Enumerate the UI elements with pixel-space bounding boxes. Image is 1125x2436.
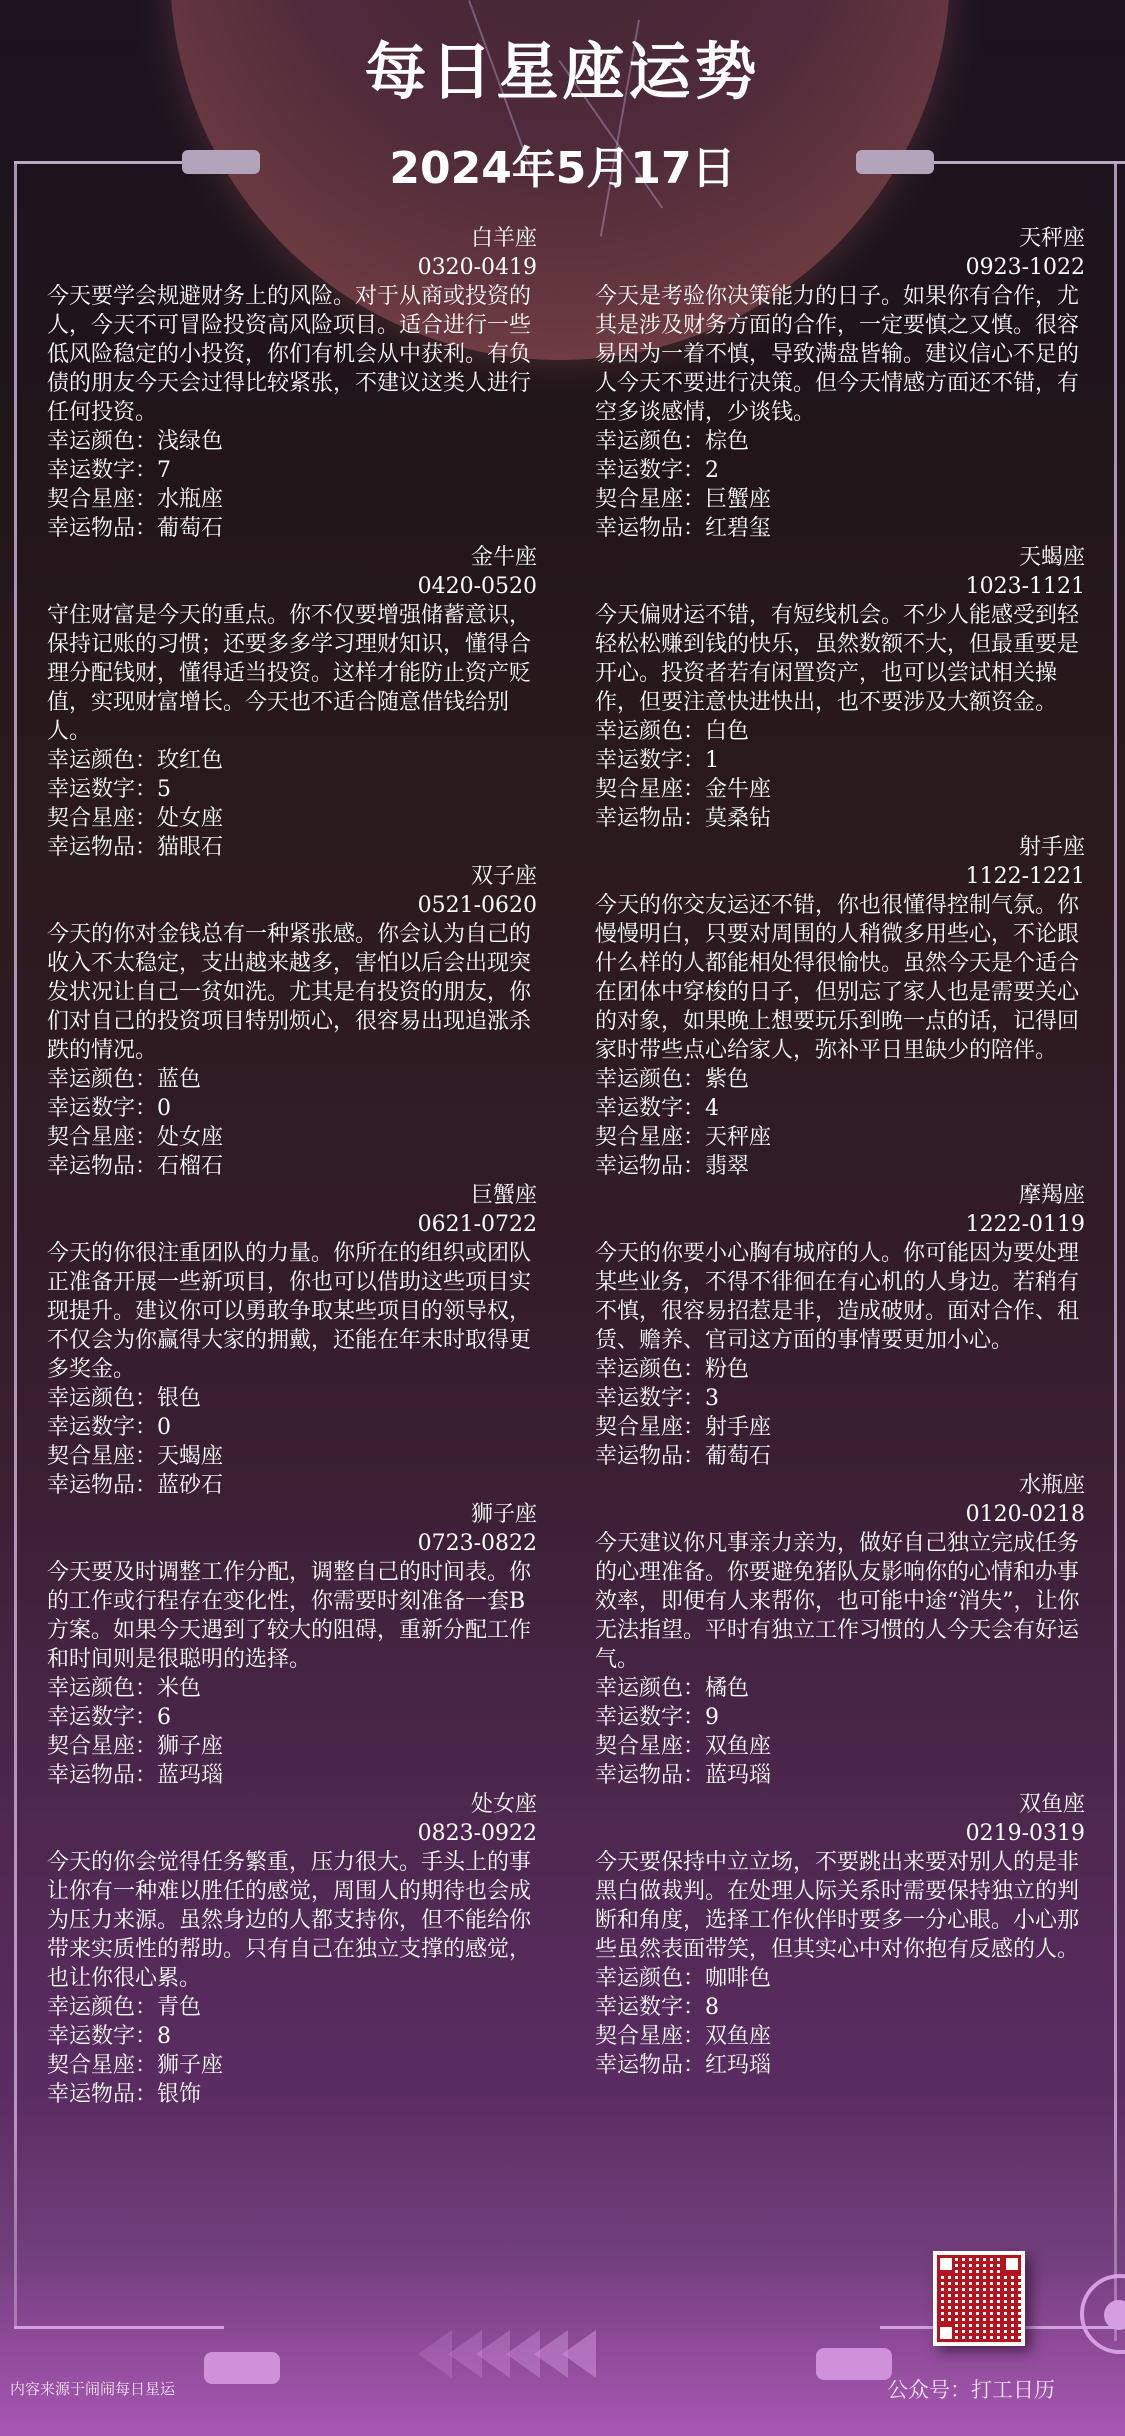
sign-name: 双子座 — [47, 862, 537, 891]
value: 紫色 — [705, 1067, 749, 1092]
lucky-number: 幸运数字：4 — [595, 1094, 1085, 1123]
sign-description: 今天建议你凡事亲力亲为，做好自己独立完成任务的心理准备。你要避免猪队友影响你的心… — [595, 1529, 1085, 1674]
label: 幸运物品： — [47, 1473, 157, 1498]
sign-date-range: 0621-0722 — [47, 1210, 537, 1239]
sign-name: 巨蟹座 — [47, 1181, 537, 1210]
triangle-left-icon — [418, 2330, 452, 2378]
lucky-item: 幸运物品：蓝砂石 — [47, 1471, 537, 1500]
sign-name: 水瓶座 — [595, 1471, 1085, 1500]
value: 水瓶座 — [157, 487, 223, 512]
page-date: 2024年5月17日 — [0, 132, 1125, 196]
lucky-color: 幸运颜色：银色 — [47, 1384, 537, 1413]
lucky-color: 幸运颜色：玫红色 — [47, 746, 537, 775]
lucky-number: 幸运数字：5 — [47, 775, 537, 804]
label: 幸运物品： — [47, 1763, 157, 1788]
lucky-number: 幸运数字：8 — [47, 2022, 537, 2051]
sign-cancer: 巨蟹座 0621-0722 今天的你很注重团队的力量。你所在的组织或团队正准备开… — [47, 1181, 537, 1500]
sign-name: 狮子座 — [47, 1500, 537, 1529]
sign-date-range: 0320-0419 — [47, 253, 537, 282]
qr-finder-icon — [937, 2324, 955, 2342]
sign-date-range: 0723-0822 — [47, 1529, 537, 1558]
sign-description: 今天偏财运不错，有短线机会。不少人能感受到轻轻松松赚到钱的快乐，虽然数额不大，但… — [595, 601, 1085, 717]
label: 幸运数字： — [47, 1705, 157, 1730]
value: 翡翠 — [705, 1154, 749, 1179]
value: 双鱼座 — [705, 1734, 771, 1759]
value: 猫眼石 — [157, 835, 223, 860]
sign-libra: 天秤座 0923-1022 今天是考验你决策能力的日子。如果你有合作，尤其是涉及… — [595, 224, 1085, 543]
sign-description: 今天的你要小心胸有城府的人。你可能因为要处理某些业务，不得不徘徊在有心机的人身边… — [595, 1239, 1085, 1355]
sign-name: 处女座 — [47, 1790, 537, 1819]
lucky-color: 幸运颜色：青色 — [47, 1993, 537, 2022]
qr-finder-icon — [937, 2255, 955, 2273]
lucky-item: 幸运物品：葡萄石 — [595, 1442, 1085, 1471]
label: 幸运颜色： — [47, 1386, 157, 1411]
lucky-number: 幸运数字：8 — [595, 1993, 1085, 2022]
label: 契合星座： — [47, 1734, 157, 1759]
sign-scorpio: 天蝎座 1023-1121 今天偏财运不错，有短线机会。不少人能感受到轻轻松松赚… — [595, 543, 1085, 833]
label: 幸运颜色： — [47, 748, 157, 773]
label: 幸运颜色： — [595, 1676, 705, 1701]
match-sign: 契合星座：狮子座 — [47, 1732, 537, 1761]
lucky-color: 幸运颜色：橘色 — [595, 1674, 1085, 1703]
label: 幸运物品： — [595, 2053, 705, 2078]
value: 射手座 — [705, 1415, 771, 1440]
match-sign: 契合星座：天秤座 — [595, 1123, 1085, 1152]
sign-description: 今天要学会规避财务上的风险。对于从商或投资的人，今天不可冒险投资高风险项目。适合… — [47, 282, 537, 427]
value: 青色 — [157, 1995, 201, 2020]
label: 幸运颜色： — [47, 1676, 157, 1701]
lucky-color: 幸运颜色：棕色 — [595, 427, 1085, 456]
label: 契合星座： — [47, 806, 157, 831]
label: 幸运数字： — [595, 1995, 705, 2020]
value: 处女座 — [157, 806, 223, 831]
value: 蓝色 — [157, 1067, 201, 1092]
sign-description: 今天的你交友运还不错，你也很懂得控制气氛。你慢慢明白，只要对周围的人稍微多用些心… — [595, 891, 1085, 1065]
value: 橘色 — [705, 1676, 749, 1701]
value: 7 — [157, 458, 171, 483]
label: 幸运颜色： — [47, 1067, 157, 1092]
sign-virgo: 处女座 0823-0922 今天的你会觉得任务繁重，压力很大。手头上的事让你有一… — [47, 1790, 537, 2109]
value: 葡萄石 — [705, 1444, 771, 1469]
value: 双鱼座 — [705, 2024, 771, 2049]
value: 蓝砂石 — [157, 1473, 223, 1498]
label: 幸运数字： — [595, 1096, 705, 1121]
label: 幸运颜色： — [595, 1067, 705, 1092]
label: 契合星座： — [47, 1444, 157, 1469]
lucky-number: 幸运数字：2 — [595, 456, 1085, 485]
sign-name: 摩羯座 — [595, 1181, 1085, 1210]
lucky-color: 幸运颜色：白色 — [595, 717, 1085, 746]
value: 红玛瑙 — [705, 2053, 771, 2078]
lucky-color: 幸运颜色：咖啡色 — [595, 1964, 1085, 1993]
lucky-item: 幸运物品：葡萄石 — [47, 514, 537, 543]
label: 幸运物品： — [595, 1444, 705, 1469]
sign-description: 今天是考验你决策能力的日子。如果你有合作，尤其是涉及财务方面的合作，一定要慎之又… — [595, 282, 1085, 427]
label: 契合星座： — [595, 1415, 705, 1440]
label: 契合星座： — [595, 777, 705, 802]
frame-left-border — [14, 161, 17, 2329]
lucky-number: 幸运数字：0 — [47, 1094, 537, 1123]
lucky-number: 幸运数字：0 — [47, 1413, 537, 1442]
sign-name: 天蝎座 — [595, 543, 1085, 572]
qr-code-pattern — [937, 2255, 1021, 2342]
match-sign: 契合星座：处女座 — [47, 804, 537, 833]
lucky-number: 幸运数字：9 — [595, 1703, 1085, 1732]
sign-pisces: 双鱼座 0219-0319 今天要保持中立立场，不要跳出来要对别人的是非黑白做裁… — [595, 1790, 1085, 2080]
value: 米色 — [157, 1676, 201, 1701]
label: 幸运数字： — [47, 1415, 157, 1440]
frame-bottom-left — [14, 2326, 224, 2329]
label: 幸运物品： — [595, 1763, 705, 1788]
lucky-color: 幸运颜色：浅绿色 — [47, 427, 537, 456]
sign-date-range: 1222-0119 — [595, 1210, 1085, 1239]
value: 银饰 — [157, 2082, 201, 2107]
lucky-item: 幸运物品：红玛瑙 — [595, 2051, 1085, 2080]
triangle-left-icon — [476, 2330, 510, 2378]
label: 契合星座： — [595, 1734, 705, 1759]
value: 白色 — [705, 719, 749, 744]
sign-description: 今天要保持中立立场，不要跳出来要对别人的是非黑白做裁判。在处理人际关系时需要保持… — [595, 1848, 1085, 1964]
label: 幸运数字： — [595, 458, 705, 483]
value: 银色 — [157, 1386, 201, 1411]
lucky-item: 幸运物品：石榴石 — [47, 1152, 537, 1181]
value: 4 — [705, 1096, 719, 1121]
lucky-item: 幸运物品：银饰 — [47, 2080, 537, 2109]
sign-name: 天秤座 — [595, 224, 1085, 253]
label: 幸运颜色： — [595, 719, 705, 744]
label: 幸运数字： — [595, 748, 705, 773]
sign-description: 守住财富是今天的重点。你不仅要增强储蓄意识，保持记账的习惯；还要多多学习理财知识… — [47, 601, 537, 746]
label: 幸运颜色： — [47, 429, 157, 454]
value: 巨蟹座 — [705, 487, 771, 512]
sign-sagittarius: 射手座 1122-1221 今天的你交友运还不错，你也很懂得控制气氛。你慢慢明白… — [595, 833, 1085, 1181]
value: 红碧玺 — [705, 516, 771, 541]
lucky-item: 幸运物品：蓝玛瑙 — [47, 1761, 537, 1790]
sign-description: 今天的你会觉得任务繁重，压力很大。手头上的事让你有一种难以胜任的感觉，周围人的期… — [47, 1848, 537, 1993]
value: 0 — [157, 1415, 171, 1440]
sign-name: 双鱼座 — [595, 1790, 1085, 1819]
value: 玫红色 — [157, 748, 223, 773]
sign-leo: 狮子座 0723-0822 今天要及时调整工作分配，调整自己的时间表。你的工作或… — [47, 1500, 537, 1790]
label: 契合星座： — [595, 487, 705, 512]
value: 葡萄石 — [157, 516, 223, 541]
lucky-color: 幸运颜色：紫色 — [595, 1065, 1085, 1094]
value: 8 — [157, 2024, 171, 2049]
label: 幸运数字： — [47, 1096, 157, 1121]
label: 幸运颜色： — [595, 429, 705, 454]
value: 粉色 — [705, 1357, 749, 1382]
label: 契合星座： — [47, 2053, 157, 2078]
value: 0 — [157, 1096, 171, 1121]
sign-name: 金牛座 — [47, 543, 537, 572]
sign-date-range: 0420-0520 — [47, 572, 537, 601]
sign-date-range: 0823-0922 — [47, 1819, 537, 1848]
label: 幸运物品： — [47, 2082, 157, 2107]
label: 幸运物品： — [595, 806, 705, 831]
sign-description: 今天的你对金钱总有一种紧张感。你会认为自己的收入不太稳定，支出越来越多，害怕以后… — [47, 920, 537, 1065]
qr-finder-icon — [1003, 2255, 1021, 2273]
label: 幸运物品： — [47, 835, 157, 860]
match-sign: 契合星座：天蝎座 — [47, 1442, 537, 1471]
value: 5 — [157, 777, 171, 802]
value: 金牛座 — [705, 777, 771, 802]
sign-name: 白羊座 — [47, 224, 537, 253]
lucky-item: 幸运物品：蓝玛瑙 — [595, 1761, 1085, 1790]
value: 6 — [157, 1705, 171, 1730]
label: 幸运数字： — [595, 1386, 705, 1411]
label: 契合星座： — [595, 1125, 705, 1150]
sign-date-range: 0120-0218 — [595, 1500, 1085, 1529]
label: 幸运数字： — [47, 2024, 157, 2049]
match-sign: 契合星座：处女座 — [47, 1123, 537, 1152]
frame-pill-bottom-left — [204, 2352, 280, 2384]
lucky-number: 幸运数字：7 — [47, 456, 537, 485]
value: 棕色 — [705, 429, 749, 454]
value: 狮子座 — [157, 1734, 223, 1759]
value: 蓝玛瑙 — [705, 1763, 771, 1788]
sign-name: 射手座 — [595, 833, 1085, 862]
value: 3 — [705, 1386, 719, 1411]
arrows-decoration — [410, 2330, 770, 2390]
label: 幸运数字： — [47, 777, 157, 802]
value: 狮子座 — [157, 2053, 223, 2078]
sign-date-range: 1023-1121 — [595, 572, 1085, 601]
value: 莫桑钻 — [705, 806, 771, 831]
footer-account: 公众号：打工日历 — [887, 2374, 1055, 2404]
qr-code[interactable] — [933, 2251, 1025, 2346]
label: 幸运数字： — [47, 458, 157, 483]
value: 1 — [705, 748, 719, 773]
sign-capricorn: 摩羯座 1222-0119 今天的你要小心胸有城府的人。你可能因为要处理某些业务… — [595, 1181, 1085, 1471]
label: 幸运物品： — [47, 516, 157, 541]
label: 幸运颜色： — [595, 1966, 705, 1991]
sign-date-range: 0923-1022 — [595, 253, 1085, 282]
lucky-number: 幸运数字：3 — [595, 1384, 1085, 1413]
label: 幸运物品： — [595, 516, 705, 541]
label: 幸运颜色： — [47, 1995, 157, 2020]
lucky-color: 幸运颜色：米色 — [47, 1674, 537, 1703]
sign-description: 今天的你很注重团队的力量。你所在的组织或团队正准备开展一些新项目，你也可以借助这… — [47, 1239, 537, 1384]
sign-gemini: 双子座 0521-0620 今天的你对金钱总有一种紧张感。你会认为自己的收入不太… — [47, 862, 537, 1181]
sign-date-range: 1122-1221 — [595, 862, 1085, 891]
label: 幸运物品： — [595, 1154, 705, 1179]
match-sign: 契合星座：双鱼座 — [595, 1732, 1085, 1761]
value: 天秤座 — [705, 1125, 771, 1150]
sign-date-range: 0521-0620 — [47, 891, 537, 920]
match-sign: 契合星座：双鱼座 — [595, 2022, 1085, 2051]
match-sign: 契合星座：金牛座 — [595, 775, 1085, 804]
value: 石榴石 — [157, 1154, 223, 1179]
label: 契合星座： — [595, 2024, 705, 2049]
left-column: 白羊座 0320-0419 今天要学会规避财务上的风险。对于从商或投资的人，今天… — [47, 224, 537, 2109]
value: 咖啡色 — [705, 1966, 771, 1991]
match-sign: 契合星座：水瓶座 — [47, 485, 537, 514]
right-column: 天秤座 0923-1022 今天是考验你决策能力的日子。如果你有合作，尤其是涉及… — [595, 224, 1085, 2080]
value: 天蝎座 — [157, 1444, 223, 1469]
label: 幸运物品： — [47, 1154, 157, 1179]
frame-right-border — [1114, 161, 1117, 2341]
label: 契合星座： — [47, 487, 157, 512]
value: 蓝玛瑙 — [157, 1763, 223, 1788]
value: 2 — [705, 458, 719, 483]
label: 幸运数字： — [595, 1705, 705, 1730]
lucky-item: 幸运物品：翡翠 — [595, 1152, 1085, 1181]
sign-date-range: 0219-0319 — [595, 1819, 1085, 1848]
lucky-item: 幸运物品：红碧玺 — [595, 514, 1085, 543]
lucky-number: 幸运数字：6 — [47, 1703, 537, 1732]
lucky-color: 幸运颜色：粉色 — [595, 1355, 1085, 1384]
lucky-item: 幸运物品：莫桑钻 — [595, 804, 1085, 833]
label: 契合星座： — [47, 1125, 157, 1150]
lucky-color: 幸运颜色：蓝色 — [47, 1065, 537, 1094]
match-sign: 契合星座：巨蟹座 — [595, 485, 1085, 514]
triangle-left-icon — [562, 2330, 596, 2378]
lucky-item: 幸运物品：猫眼石 — [47, 833, 537, 862]
lucky-number: 幸运数字：1 — [595, 746, 1085, 775]
page-title: 每日星座运势 — [0, 22, 1125, 111]
sign-aries: 白羊座 0320-0419 今天要学会规避财务上的风险。对于从商或投资的人，今天… — [47, 224, 537, 543]
footer-source: 内容来源于闹闹每日星运 — [10, 2378, 175, 2399]
frame-pill-bottom-right — [816, 2348, 892, 2380]
label: 幸运颜色： — [595, 1357, 705, 1382]
sign-description: 今天要及时调整工作分配，调整自己的时间表。你的工作或行程存在变化性，你需要时刻准… — [47, 1558, 537, 1674]
sign-aquarius: 水瓶座 0120-0218 今天建议你凡事亲力亲为，做好自己独立完成任务的心理准… — [595, 1471, 1085, 1790]
value: 9 — [705, 1705, 719, 1730]
value: 8 — [705, 1995, 719, 2020]
value: 处女座 — [157, 1125, 223, 1150]
match-sign: 契合星座：狮子座 — [47, 2051, 537, 2080]
sign-taurus: 金牛座 0420-0520 守住财富是今天的重点。你不仅要增强储蓄意识，保持记账… — [47, 543, 537, 862]
value: 浅绿色 — [157, 429, 223, 454]
match-sign: 契合星座：射手座 — [595, 1413, 1085, 1442]
